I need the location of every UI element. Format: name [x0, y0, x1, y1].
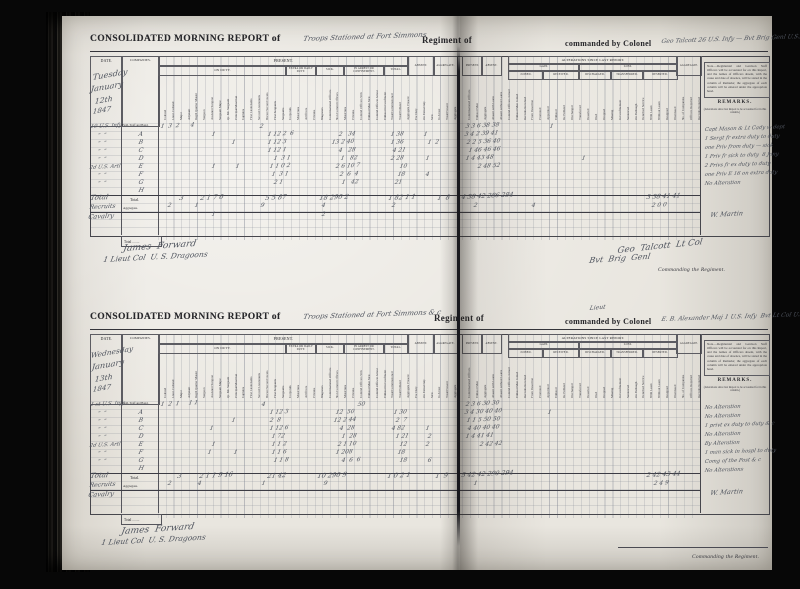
handwriting-mark: 1 82 1 1 — [388, 194, 416, 202]
remark-line: 2 Privs fr ex duty to duty — [704, 162, 771, 169]
section-header: JOINED. — [508, 348, 544, 358]
remarks-title: REMARKS. — [701, 378, 769, 383]
total-row-label: Total. — [130, 475, 139, 480]
handwriting-mark: 1 8 — [437, 194, 451, 201]
section-header: EXTRA OR DAILY DUTY. — [285, 65, 317, 76]
handwriting-mark: Cavalry — [88, 491, 115, 499]
morning-report-form-1: CONSOLIDATED MORNING REPORT of Troops St… — [62, 26, 773, 298]
title-rule — [90, 329, 768, 330]
remark-line: No Alteration — [704, 181, 741, 187]
remark-line: Comg of the Post & c — [704, 458, 761, 465]
section-header: TOTAL. — [383, 343, 409, 354]
remarks-column: Note.—Regimental and Garrison Staff Offi… — [700, 56, 769, 235]
handwriting-mark: 12 — [399, 443, 408, 449]
handwriting-mark: 1 2 — [427, 140, 439, 146]
remarks-title: REMARKS. — [701, 100, 769, 105]
handwriting-mark: ” ” — [97, 428, 107, 434]
handwriting-mark: 18 290 2 — [319, 193, 350, 201]
section-header: IN ARREST OR CONFINEMENT. — [343, 343, 385, 354]
remarks-subtitle: (Alterations since last Report to be acc… — [703, 108, 767, 115]
section-header: TOTAL. — [383, 65, 409, 76]
remarks-signature: W. Martin — [710, 210, 744, 218]
handwriting-mark: ” ” — [97, 452, 107, 458]
handwriting-mark: G — [138, 180, 144, 186]
unit-name-handwritten: Troops Stationed at Fort Simmons & c — [303, 309, 442, 321]
handwriting-mark: ” ” — [97, 150, 107, 156]
report-title: CONSOLIDATED MORNING REPORT of — [90, 34, 281, 44]
section-header: ABSENT. — [407, 56, 435, 76]
handwriting-mark: 4 82 — [391, 426, 405, 432]
handwriting-mark: 2 1 10 — [337, 442, 357, 449]
handwriting-mark: 1 0 2 1 — [387, 472, 411, 480]
section-header: RECEIVED. — [542, 70, 580, 80]
report-title-suffix: Regiment of — [422, 35, 472, 45]
remark-line: 1 man sick in hospl to duty — [704, 449, 776, 457]
remark-line: 1 Priv fr sick to duty 8 Jany — [704, 152, 779, 160]
remark-line: By Alteration — [704, 441, 740, 447]
handwriting-mark: 1 82 — [340, 156, 358, 163]
section-header: PRESENT. — [462, 334, 483, 354]
handwriting-mark: 1 72 — [271, 434, 285, 440]
commander-name-handwritten: E. B. Alexander Maj 1 U.S. Infy Bvt Lt C… — [661, 312, 800, 323]
remark-line: No Alteration — [704, 432, 741, 438]
handwriting-mark: 2 42 42 — [479, 442, 503, 449]
aggregate-row-label: Aggregate. — [123, 206, 138, 210]
handwriting-mark: 1 42 — [341, 180, 359, 187]
commanding-the-regiment-label: Commanding the Regiment. — [692, 554, 759, 560]
handwriting-mark: C — [138, 148, 144, 154]
handwriting-mark: 2 0 0 — [651, 203, 667, 210]
remark-line: Capt Mason & Lt Cady w dept — [704, 125, 785, 133]
handwriting-mark: 10 — [399, 165, 408, 171]
remark-line: No Alteration — [704, 414, 741, 420]
remark-line: one Priv from duty — sick — [704, 144, 773, 152]
handwriting-mark: D — [138, 434, 144, 440]
aggregate-row-label: Aggregate. — [123, 484, 138, 488]
section-header: EXTRA OR DAILY DUTY. — [285, 343, 317, 354]
section-header: RECEIVED. — [542, 348, 580, 358]
section-header: TRANSFERRED. — [610, 348, 644, 358]
handwriting-mark: 1 3 1 — [273, 156, 291, 163]
handwriting-mark: 1 30 — [393, 410, 407, 416]
section-header: ON DUTY. — [158, 343, 287, 354]
handwriting-mark: 1 208 — [335, 450, 353, 457]
section-header: IN ARREST OR CONFINEMENT. — [343, 65, 385, 76]
handwriting-mark: 5 5 87 — [265, 194, 287, 202]
remark-line: No Alterations — [704, 468, 744, 475]
handwriting-mark: 2 6 4 — [339, 172, 359, 179]
handwriting-mark: C — [138, 426, 144, 432]
morning-report-form-2: CONSOLIDATED MORNING REPORT of Troops St… — [62, 304, 773, 570]
handwriting-mark: 2 34 — [338, 132, 356, 139]
scanned-book-photo: CONSOLIDATED MORNING REPORT of Troops St… — [0, 0, 800, 589]
binding-gutter-line — [457, 46, 460, 546]
unit-name-handwritten: Troops Stationed at Fort Simmons — [303, 32, 428, 43]
section-header: PRESENT. — [462, 56, 483, 76]
handwriting-mark: Cavalry — [88, 213, 115, 221]
handwriting-mark: 18 — [399, 459, 408, 465]
handwriting-mark: Total — [90, 472, 109, 480]
handwriting-mark: 1 Lieut Col U. S. Dragoons — [103, 251, 209, 264]
handwriting-mark: 4 28 — [338, 148, 356, 155]
section-header: SICK. — [315, 343, 345, 354]
section-header: ABSENT. — [481, 56, 502, 76]
title-rule — [90, 51, 768, 52]
section-header: DISCHARGED. — [578, 70, 612, 80]
remarks-column: Note.—Regimental and Garrison Staff Offi… — [700, 334, 769, 513]
handwriting-mark: ” ” — [97, 436, 107, 442]
handwriting-mark: 2 1 7 0 — [200, 194, 224, 202]
handwriting-mark: 1 12 1 — [267, 148, 287, 155]
section-header: ON DUTY. — [158, 65, 287, 76]
handwriting-mark: 2 1 — [273, 181, 283, 187]
handwriting-mark: 21 — [394, 181, 403, 187]
handwriting-mark: 18 — [397, 173, 406, 179]
handwriting-mark: 1 36 — [390, 140, 404, 146]
handwriting-mark: 21 42 — [267, 472, 287, 479]
handwriting-mark: ” ” — [97, 412, 107, 418]
commanding-the-regiment-label: Commanding the Regiment. — [658, 267, 725, 273]
handwriting-mark: 4 21 — [392, 148, 406, 154]
commander-name-handwritten: Geo Talcott 26 U.S. Infy — Bvt Brig Genl… — [661, 34, 800, 45]
remark-line: No Alteration — [704, 405, 741, 411]
commanded-by-label: commanded by Colonel — [565, 39, 651, 48]
field-staff-band-label: Field, Staff and Band. — [122, 124, 156, 127]
handwriting-mark: ” ” — [97, 142, 107, 148]
section-header: AGGREGATE. — [433, 56, 458, 76]
handwriting-mark: 2 48 52 — [477, 164, 501, 171]
remarks-subtitle: (Alterations since last Report to be acc… — [703, 386, 767, 393]
printed-note: Note.—Regimental and Garrison Staff Offi… — [704, 340, 770, 376]
section-header: DESERTED. — [642, 348, 678, 358]
handwriting-mark: 2 7 — [395, 418, 407, 424]
field-staff-band-label: Field, Staff and Band. — [122, 402, 156, 405]
handwriting-mark: 1 1 8 — [273, 458, 289, 465]
section-header: AGGREGATE. — [676, 56, 702, 76]
handwriting-mark: 4 6 6 — [341, 458, 361, 465]
handwriting-mark: Total — [90, 194, 109, 202]
handwriting-mark: 12 2 44 — [333, 418, 357, 425]
handwriting-mark: 18 — [397, 451, 406, 457]
handwriting-mark: ” ” — [97, 420, 107, 426]
handwriting-mark: 1 12 6 — [269, 426, 289, 433]
handwriting-mark: 10 290 9 — [317, 471, 348, 479]
remark-line: one Priv E 16 on extra duty — [704, 170, 778, 178]
handwriting-mark: 1 3 1 — [271, 172, 289, 179]
section-header: AGGREGATE. — [433, 334, 458, 354]
handwriting-mark: ” ” — [97, 174, 107, 180]
handwriting-mark: ” ” — [97, 134, 107, 140]
handwriting-mark: 1 21 — [395, 434, 409, 440]
section-header: AGGREGATE. — [676, 334, 702, 354]
handwriting-mark: 13 2 40 — [331, 140, 355, 147]
section-header: ABSENT. — [481, 334, 502, 354]
handwriting-mark: ” ” — [97, 182, 107, 188]
handwriting-mark: 2 28 — [390, 156, 404, 162]
printed-note: Note.—Regimental and Garrison Staff Offi… — [704, 62, 770, 98]
section-header: SICK. — [315, 65, 345, 76]
report-title: CONSOLIDATED MORNING REPORT of — [90, 312, 281, 322]
remark-line: 1 Sergt fr extra duty to duty — [704, 134, 780, 142]
remarks-signature: W. Martin — [710, 488, 744, 496]
handwriting-mark: Lieut — [589, 305, 606, 312]
section-header: DISCHARGED. — [578, 348, 612, 358]
handwriting-mark: 50 — [357, 403, 366, 409]
handwriting-mark: 1 Lieut Col U. S. Dragoons — [101, 534, 207, 547]
handwriting-mark: ” ” — [97, 158, 107, 164]
handwriting-mark: G — [138, 458, 144, 464]
bottom-total-box: Total ........ — [121, 514, 162, 525]
handwriting-mark: 12 50 — [335, 410, 355, 417]
handwriting-mark: D — [138, 156, 144, 162]
commanded-by-label: commanded by Colonel — [565, 317, 651, 326]
signature-rule — [618, 547, 768, 548]
handwriting-mark: 2 4 9 — [653, 481, 669, 488]
section-header: TRANSFERRED. — [610, 70, 644, 80]
handwriting-mark: Bvt Brig Genl — [589, 253, 651, 265]
handwriting-mark: 1 12 3 — [269, 410, 289, 417]
handwriting-mark: 1 38 — [390, 132, 404, 138]
handwriting-mark: 2 8 — [269, 418, 281, 424]
handwriting-mark: 1 12 3 — [267, 140, 287, 147]
ledger-page: CONSOLIDATED MORNING REPORT of Troops St… — [62, 16, 772, 570]
section-header: ABSENT. — [407, 334, 435, 354]
total-row-label: Total. — [130, 197, 139, 202]
handwriting-mark: 1 1 0 2 — [269, 164, 291, 171]
handwriting-mark: ” ” — [97, 460, 107, 466]
handwriting-mark: 1 9 — [435, 472, 449, 479]
handwriting-mark: 1 1 6 — [271, 450, 287, 457]
section-header: JOINED. — [508, 70, 544, 80]
handwriting-mark: 2 1 1 9 16 — [199, 471, 234, 479]
remark-line: 1 privt ex duty to duty & c — [704, 422, 775, 430]
section-header: DESERTED. — [642, 70, 678, 80]
handwriting-mark: 4 28 — [339, 426, 355, 433]
handwriting-mark: 1 28 — [341, 434, 357, 441]
handwriting-mark: 1 1 2 — [271, 442, 287, 449]
